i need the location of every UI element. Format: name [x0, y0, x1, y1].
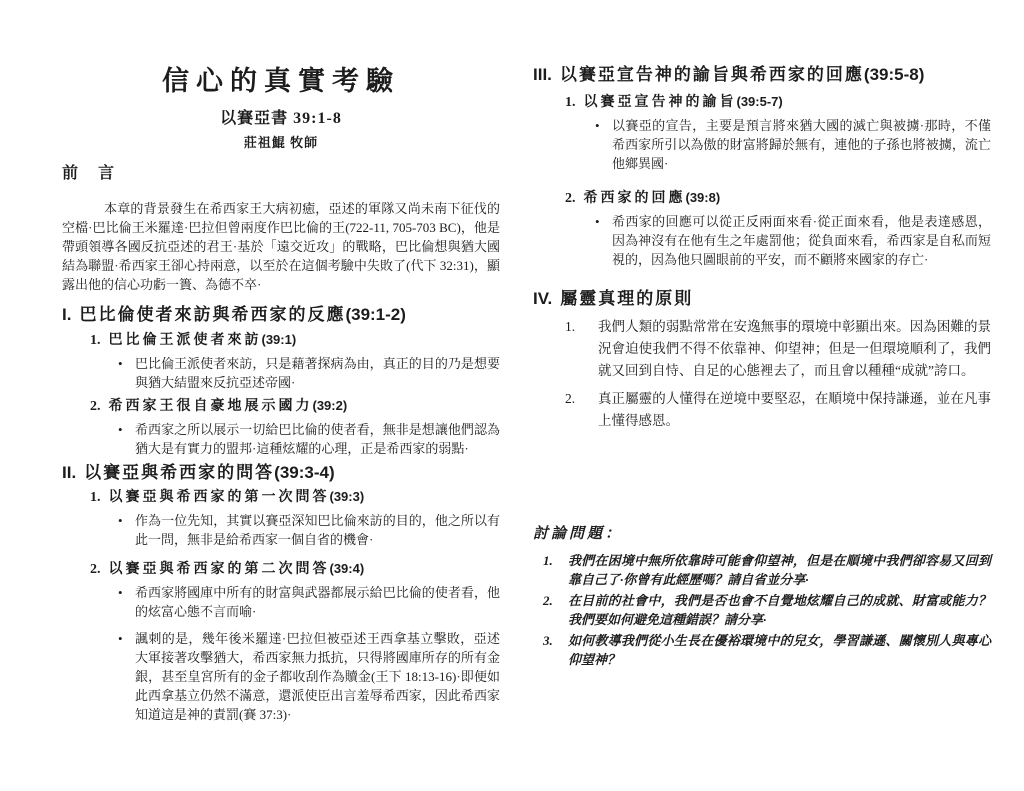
subsection-number: 1. [90, 490, 101, 505]
question-text: 我們在困境中無所依靠時可能會仰望神，但是在順境中我們卻容易又回到靠自己了·你曾有… [568, 553, 991, 587]
bullet-item: 作為一位先知，其實以賽亞深知巴比倫來訪的目的，他之所以有此一問，無非是給希西家一… [135, 511, 500, 549]
scripture-ref: (39:3-4) [274, 463, 334, 482]
discussion-question: 2.在目前的社會中，我們是否也會不自覺地炫耀自己的成就、財富或能力？我們要如何避… [533, 591, 991, 629]
subsection-title: 巴比倫王派使者來訪 [109, 333, 262, 348]
bullet-list: 希西家的回應可以從正反兩面來看·從正面來看，他是表達感恩，因為神沒有在他有生之年… [533, 212, 991, 269]
bullet-list: 希西家將國庫中所有的財富與武器都展示給巴比倫的使者看，他的炫富心態不言而喻· 諷… [62, 583, 500, 724]
right-column: III.以賽亞宣告神的諭旨與希西家的回應(39:5-8) 1.以賽亞宣告神的諭旨… [533, 64, 991, 669]
discussion-heading: 討論問題： [533, 525, 991, 544]
preface-paragraph: 本章的背景發生在希西家王大病初癒，亞述的軍隊又尚未南下征伐的空檔·巴比倫王米羅達… [62, 199, 500, 294]
section-title: 以賽亞宣告神的諭旨與希西家的回應 [560, 65, 864, 84]
bullet-item: 希西家將國庫中所有的財富與武器都展示給巴比倫的使者看，他的炫富心態不言而喻· [135, 583, 500, 621]
bullet-list: 以賽亞的宣告，主要是預言將來猶大國的滅亡與被擄·那時，不僅希西家所引以為傲的財富… [533, 116, 991, 173]
section-3-heading: III.以賽亞宣告神的諭旨與希西家的回應(39:5-8) [533, 64, 991, 85]
subsection-title: 以賽亞宣告神的諭旨 [584, 95, 737, 110]
bullet-list: 作為一位先知，其實以賽亞深知巴比倫來訪的目的，他之所以有此一問，無非是給希西家一… [62, 511, 500, 549]
roman-numeral: I. [62, 305, 71, 324]
bullet-item: 諷刺的是，幾年後米羅達·巴拉但被亞述王西拿基立擊敗，亞述大軍接著攻擊猶大，希西家… [135, 629, 500, 724]
section-title: 屬靈真理的原則 [560, 289, 693, 308]
subsection-heading: 2.以賽亞與希西家的第二次問答(39:4) [90, 560, 500, 578]
subsection-title: 以賽亞與希西家的第一次問答 [109, 490, 330, 505]
subsection-title: 以賽亞與希西家的第二次問答 [109, 562, 330, 577]
bullet-list: 希西家之所以展示一切給巴比倫的使者看，無非是想讓他們認為猶大是有實力的盟邦·這種… [62, 420, 500, 458]
roman-numeral: III. [533, 65, 552, 84]
scripture-ref: (39:4) [330, 561, 365, 576]
question-text: 如何教導我們從小生長在優裕環境中的兒女，學習謙遜、關懷別人與專心仰望神？ [568, 633, 991, 667]
subsection-heading: 1.以賽亞與希西家的第一次問答(39:3) [90, 488, 500, 506]
question-number: 1. [543, 551, 553, 570]
doc-author: 莊祖鯤 牧師 [62, 135, 500, 151]
doc-subtitle: 以賽亞書 39:1-8 [62, 109, 500, 129]
subsection-heading: 1.以賽亞宣告神的諭旨(39:5-7) [565, 93, 991, 111]
question-number: 2. [543, 591, 553, 610]
subsection-title: 希西家的回應 [584, 191, 686, 206]
scripture-ref: (39:1-2) [345, 305, 405, 324]
principle-item: 2.真正屬靈的人懂得在逆境中要堅忍，在順境中保持謙遜，並在凡事上懂得感恩。 [533, 388, 991, 432]
bullet-item: 希西家之所以展示一切給巴比倫的使者看，無非是想讓他們認為猶大是有實力的盟邦·這種… [135, 420, 500, 458]
subsection-number: 2. [90, 399, 101, 414]
discussion-question: 1.我們在困境中無所依靠時可能會仰望神，但是在順境中我們卻容易又回到靠自己了·你… [533, 551, 991, 589]
subsection-heading: 2.希西家的回應(39:8) [565, 189, 991, 207]
principle-text: 我們人類的弱點常常在安逸無事的環境中彰顯出來。因為困難的景況會迫使我們不得不依靠… [598, 319, 991, 378]
preface-heading: 前 言 [62, 165, 500, 183]
subsection-number: 2. [90, 562, 101, 577]
subsection-number: 1. [565, 95, 576, 110]
scripture-ref: (39:2) [313, 398, 348, 413]
doc-title: 信心的真實考驗 [62, 64, 500, 98]
bullet-list: 巴比倫王派使者來訪，只是藉著探病為由，真正的目的乃是想要與猶大結盟來反抗亞述帝國… [62, 354, 500, 392]
question-number: 3. [543, 631, 553, 650]
section-title: 巴比倫使者來訪與希西家的反應 [79, 305, 345, 324]
subsection-heading: 1.巴比倫王派使者來訪(39:1) [90, 331, 500, 349]
question-text: 在目前的社會中，我們是否也會不自覺地炫耀自己的成就、財富或能力？我們要如何避免這… [568, 593, 991, 627]
roman-numeral: II. [62, 463, 76, 482]
section-4-heading: IV.屬靈真理的原則 [533, 288, 991, 309]
bullet-item: 以賽亞的宣告，主要是預言將來猶大國的滅亡與被擄·那時，不僅希西家所引以為傲的財富… [612, 116, 991, 173]
document-page: 信心的真實考驗 以賽亞書 39:1-8 莊祖鯤 牧師 前 言 本章的背景發生在希… [0, 0, 1024, 791]
principle-number: 1. [565, 316, 575, 338]
left-column: 信心的真實考驗 以賽亞書 39:1-8 莊祖鯤 牧師 前 言 本章的背景發生在希… [62, 64, 500, 724]
discussion-question: 3.如何教導我們從小生長在優裕環境中的兒女，學習謙遜、關懷別人與專心仰望神？ [533, 631, 991, 669]
scripture-ref: (39:1) [262, 332, 297, 347]
subsection-number: 1. [90, 333, 101, 348]
principle-item: 1.我們人類的弱點常常在安逸無事的環境中彰顯出來。因為困難的景況會迫使我們不得不… [533, 316, 991, 382]
subsection-title: 希西家王很自豪地展示國力 [109, 399, 313, 414]
scripture-ref: (39:8) [686, 190, 721, 205]
bullet-item: 希西家的回應可以從正反兩面來看·從正面來看，他是表達感恩，因為神沒有在他有生之年… [612, 212, 991, 269]
subsection-number: 2. [565, 191, 576, 206]
section-title: 以賽亞與希西家的問答 [84, 463, 274, 482]
principle-text: 真正屬靈的人懂得在逆境中要堅忍，在順境中保持謙遜，並在凡事上懂得感恩。 [598, 391, 991, 428]
section-2-heading: II.以賽亞與希西家的問答(39:3-4) [62, 462, 500, 483]
scripture-ref: (39:3) [330, 489, 365, 504]
scripture-ref: (39:5-8) [864, 65, 924, 84]
subsection-heading: 2.希西家王很自豪地展示國力(39:2) [90, 397, 500, 415]
scripture-ref: (39:5-7) [737, 94, 783, 109]
roman-numeral: IV. [533, 289, 552, 308]
section-1-heading: I.巴比倫使者來訪與希西家的反應(39:1-2) [62, 304, 500, 325]
bullet-item: 巴比倫王派使者來訪，只是藉著探病為由，真正的目的乃是想要與猶大結盟來反抗亞述帝國… [135, 354, 500, 392]
principle-number: 2. [565, 388, 575, 410]
